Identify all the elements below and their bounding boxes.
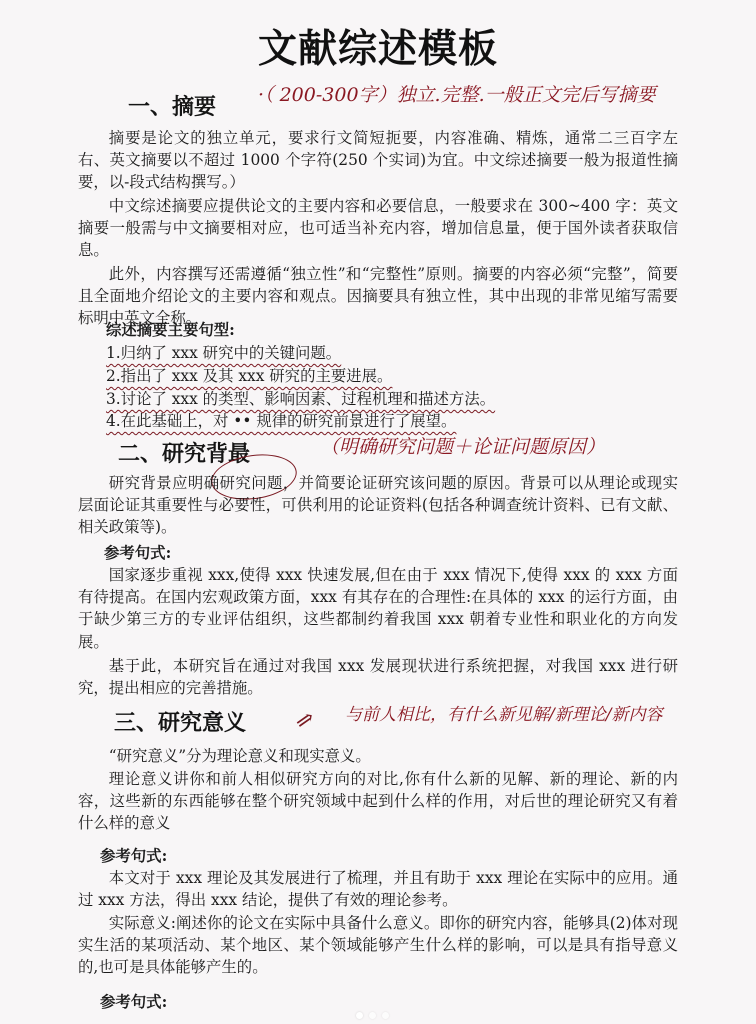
document-title: 文献综述模板	[0, 18, 756, 74]
section-heading-significance: 三、研究意义	[114, 706, 246, 737]
background-example-1: 国家逐步重视 xxx,使得 xxx 快速发展,但在由于 xxx 情况下,使得 x…	[78, 564, 678, 653]
background-paragraph: 研究背景应明确研究问题，并简要论证研究该问题的原因。背景可以从理论或现实层面论证…	[78, 472, 678, 539]
background-reference-label: 参考句式:	[104, 541, 171, 563]
abstract-paragraph-1: 摘要是论文的独立单元，要求行文简短扼要，内容准确、精炼，通常二三百字左右、英文摘…	[78, 127, 678, 194]
significance-example-2: 实际意义:阐述你的论文在实际中具备什么意义。即你的研究内容，能够具(2)体对现实…	[78, 912, 678, 979]
abstract-pattern-3: 3.讨论了 xxx 的类型、影响因素、过程机理和描述方法。	[106, 387, 495, 409]
section-heading-abstract: 一、摘要	[128, 90, 216, 121]
document-page: 文献综述模板 一、摘要 ·（ 200-300字）独立.完整.一般正文完后写摘要 …	[0, 0, 756, 1024]
handwritten-note-abstract: ·（ 200-300字）独立.完整.一般正文完后写摘要	[258, 80, 656, 107]
page-dot-1[interactable]	[356, 1012, 363, 1019]
abstract-pattern-4: 4.在此基础上，对 •• 规律的研究前景进行了展望。	[106, 409, 456, 431]
significance-paragraph-1: “研究意义”分为理论意义和现实意义。	[78, 745, 678, 767]
abstract-pattern-2: 2.指出了 xxx 及其 xxx 研究的主要进展。	[106, 364, 392, 386]
significance-example-1: 本文对于 xxx 理论及其发展进行了梳理，并且有助于 xxx 理论在实际中的应用…	[78, 867, 678, 911]
significance-reference-label-2: 参考句式:	[100, 990, 167, 1012]
significance-reference-label: 参考句式:	[100, 844, 167, 866]
background-example-2: 基于此，本研究旨在通过对我国 xxx 发展现状进行系统把握，对我国 xxx 进行…	[78, 655, 678, 699]
handwritten-arrow-icon: ⇒	[290, 705, 319, 736]
page-indicator[interactable]	[356, 1012, 389, 1019]
significance-paragraph-2: 理论意义讲你和前人相似研究方向的对比,你有什么新的见解、新的理论、新的内容，这些…	[78, 768, 678, 835]
abstract-paragraph-2: 中文综述摘要应提供论文的主要内容和必要信息，一般要求在 300~400 字：英文…	[78, 195, 678, 262]
abstract-pattern-1: 1.归纳了 xxx 研究中的关键问题。	[106, 341, 341, 363]
handwritten-note-significance: 与前人相比，有什么新见解/新理论/新内容	[345, 700, 662, 725]
page-dot-3[interactable]	[382, 1012, 389, 1019]
page-dot-2[interactable]	[369, 1012, 376, 1019]
abstract-sentence-patterns-label: 综述摘要主要句型:	[106, 318, 235, 340]
handwritten-note-background: （明确研究问题＋论证问题原因）	[320, 432, 605, 459]
